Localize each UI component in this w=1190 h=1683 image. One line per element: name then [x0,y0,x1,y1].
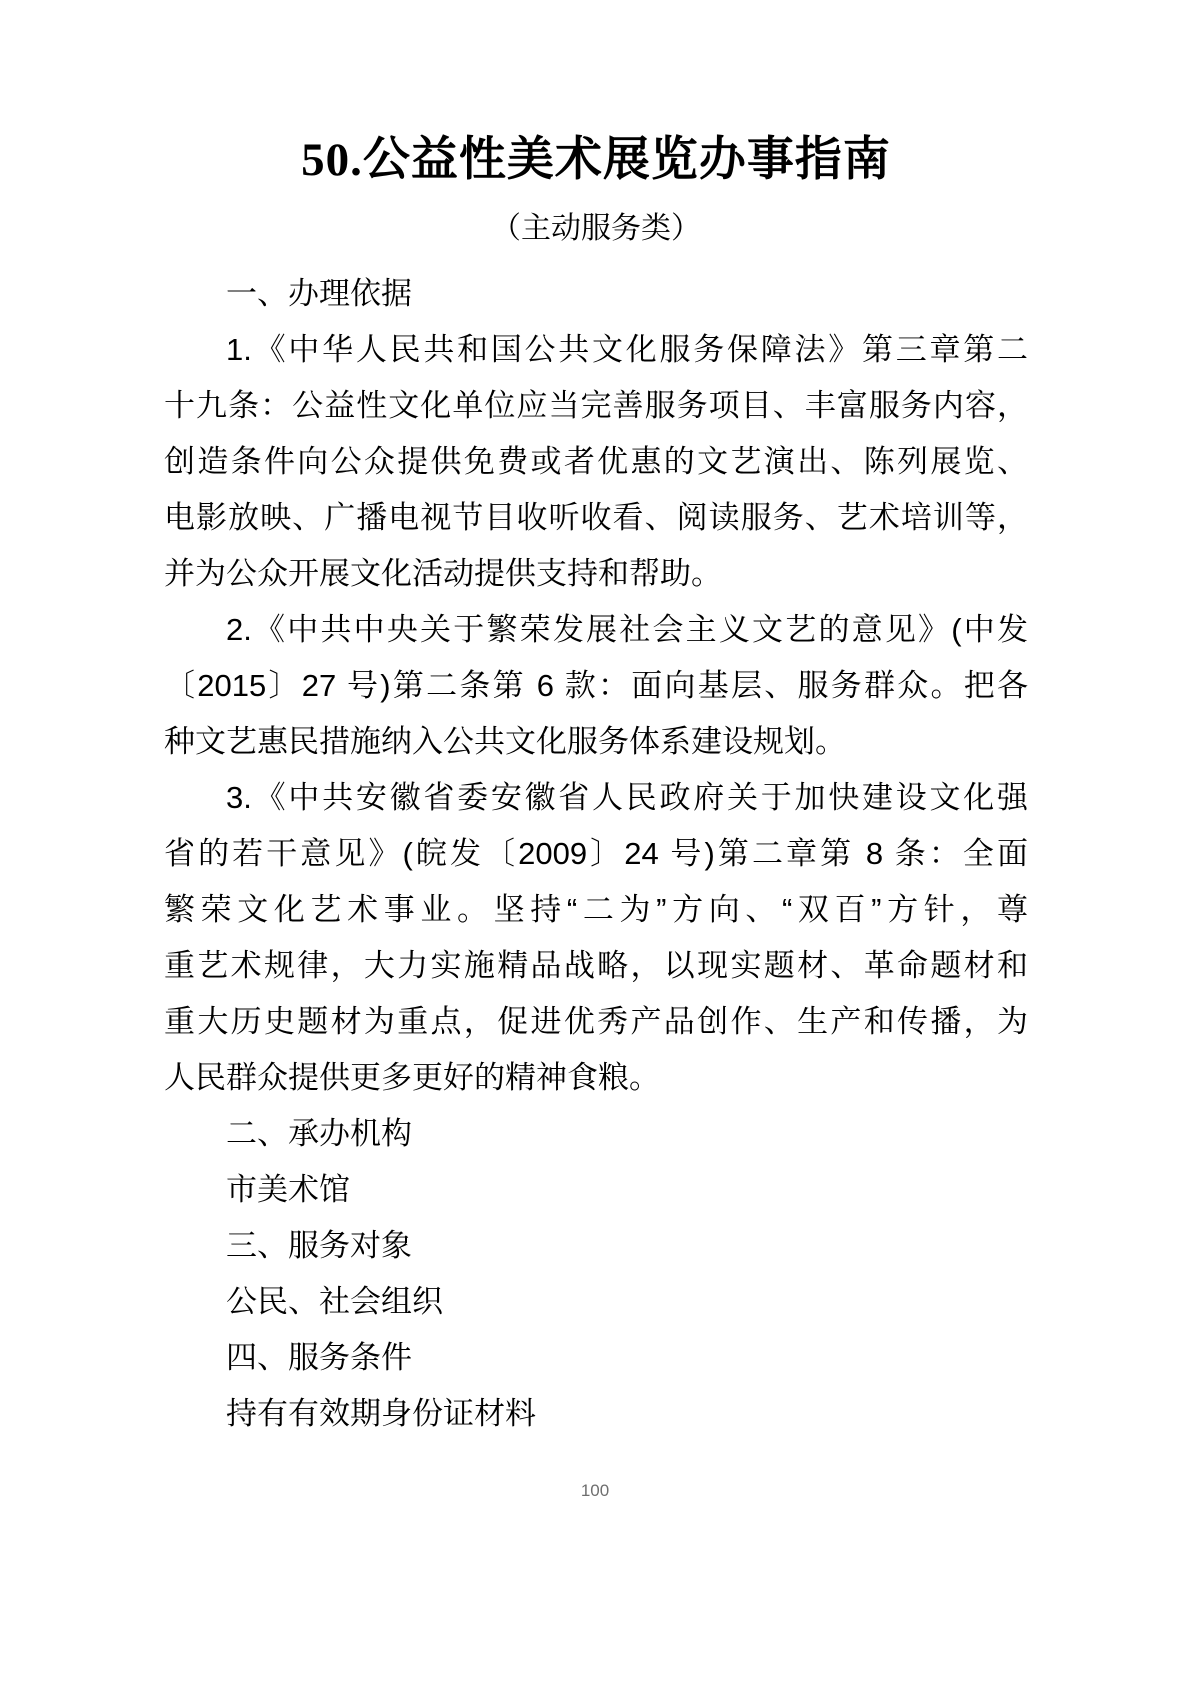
text-line: 〔2015〕27 号)第二条第 6 款：面向基层、服务群众。把各 [164,658,1028,714]
text-line: 市美术馆 [164,1162,1028,1218]
document-body: 一、办理依据1.《中华人民共和国公共文化服务保障法》第三章第二十九条：公益性文化… [164,266,1028,1442]
text-line: 省的若干意见》(皖发〔2009〕24 号)第二章第 8 条：全面 [164,826,1028,882]
text-line: 重大历史题材为重点，促进优秀产品创作、生产和传播，为 [164,994,1028,1050]
text-line: 公民、社会组织 [164,1274,1028,1330]
text-line: 重艺术规律，大力实施精品战略，以现实题材、革命题材和 [164,938,1028,994]
text-line: 1.《中华人民共和国公共文化服务保障法》第三章第二 [164,322,1028,378]
text-line: 创造条件向公众提供免费或者优惠的文艺演出、陈列展览、 [164,434,1028,490]
text-line: 电影放映、广播电视节目收听收看、阅读服务、艺术培训等， [164,490,1028,546]
text-line: 一、办理依据 [164,266,1028,322]
text-line: 二、承办机构 [164,1106,1028,1162]
text-line: 四、服务条件 [164,1330,1028,1386]
document-page: 50.公益性美术展览办事指南 （主动服务类） 一、办理依据1.《中华人民共和国公… [0,0,1190,1683]
text-line: 十九条：公益性文化单位应当完善服务项目、丰富服务内容， [164,378,1028,434]
document-content: 50.公益性美术展览办事指南 （主动服务类） 一、办理依据1.《中华人民共和国公… [0,0,1190,1442]
page-title: 50.公益性美术展览办事指南 [164,130,1028,190]
text-line: 人民群众提供更多更好的精神食粮。 [164,1050,1028,1106]
page-subtitle: （主动服务类） [164,208,1028,250]
text-line: 持有有效期身份证材料 [164,1386,1028,1442]
text-line: 3.《中共安徽省委安徽省人民政府关于加快建设文化强 [164,770,1028,826]
page-number: 100 [0,1480,1190,1502]
text-line: 并为公众开展文化活动提供支持和帮助。 [164,546,1028,602]
text-line: 种文艺惠民措施纳入公共文化服务体系建设规划。 [164,714,1028,770]
text-line: 繁荣文化艺术事业。坚持“二为”方向、“双百”方针，尊 [164,882,1028,938]
text-line: 2.《中共中央关于繁荣发展社会主义文艺的意见》(中发 [164,602,1028,658]
text-line: 三、服务对象 [164,1218,1028,1274]
